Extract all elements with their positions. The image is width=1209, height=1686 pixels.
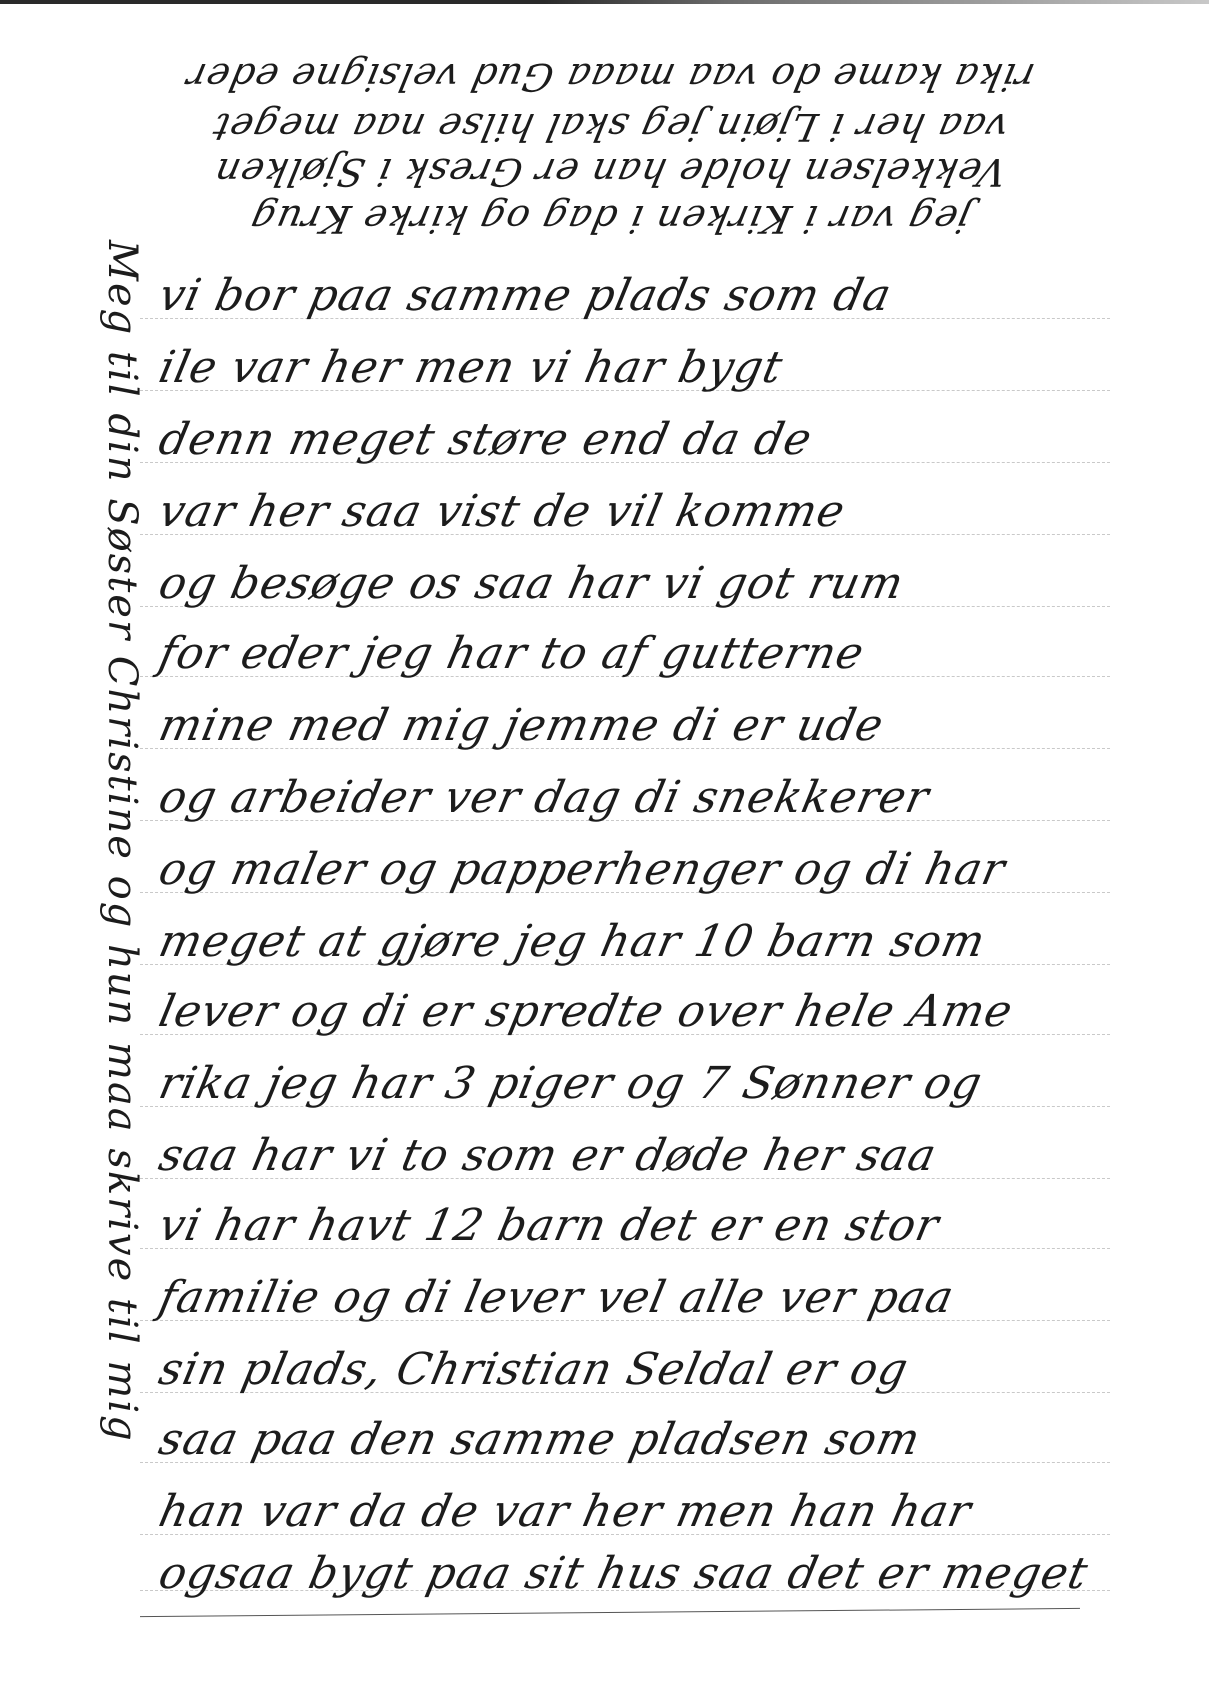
letter-line: han var da de var her men han har bbox=[155, 1486, 977, 1537]
letter-line: saa paa den samme pladsen som bbox=[155, 1414, 926, 1465]
scan-top-edge bbox=[0, 0, 1209, 4]
upside-down-line: vaa her i Ljøin jeg skal hilse naa meget bbox=[105, 105, 1114, 149]
letter-line: vi har havt 12 barn det er en stor bbox=[155, 1200, 944, 1251]
margin-note: Meg til din Søster Christine og hun maa … bbox=[95, 240, 155, 1640]
letter-page: rika kame do vaa maaa Gud velsigne eder … bbox=[0, 0, 1209, 1686]
upside-down-line: jeg var i Kirken i dag og kirke Krug bbox=[105, 197, 1114, 241]
letter-line: lever og di er spredte over hele Ame bbox=[155, 986, 1018, 1037]
letter-line: denn meget støre end da de bbox=[155, 414, 817, 465]
letter-line: saa har vi to som er døde her saa bbox=[155, 1130, 942, 1181]
letter-line: sin plads, Christian Seldal er og bbox=[155, 1344, 913, 1395]
letter-line: familie og di lever vel alle ver paa bbox=[155, 1272, 959, 1323]
letter-line: og maler og papperhenger og di har bbox=[155, 844, 1010, 895]
letter-line: og arbeider ver dag di snekkerer bbox=[155, 772, 934, 823]
letter-line: og besøge os saa har vi got rum bbox=[155, 558, 909, 609]
letter-line: var her saa vist de vil komme bbox=[155, 486, 850, 537]
letter-line: ogsaa bygt paa sit hus saa det er meget bbox=[155, 1548, 1093, 1599]
letter-line: meget at gjøre jeg har 10 barn som bbox=[155, 916, 991, 967]
upside-down-line: Vekkelsen holde han er Gresk i Sjølken bbox=[105, 150, 1114, 194]
letter-line: ile var her men vi har bygt bbox=[155, 342, 788, 393]
letter-line: mine med mig jemme di er ude bbox=[155, 700, 889, 751]
margin-note-text: Meg til din Søster Christine og hun maa … bbox=[99, 240, 145, 1443]
bottom-rule bbox=[140, 1608, 1080, 1618]
letter-line: vi bor paa samme plads som da bbox=[155, 270, 897, 321]
letter-line: rika jeg har 3 piger og 7 Sønner og bbox=[155, 1058, 987, 1109]
upside-down-line: rika kame do vaa maaa Gud velsigne eder bbox=[105, 55, 1114, 99]
letter-line: for eder jeg har to af gutterne bbox=[155, 628, 869, 679]
